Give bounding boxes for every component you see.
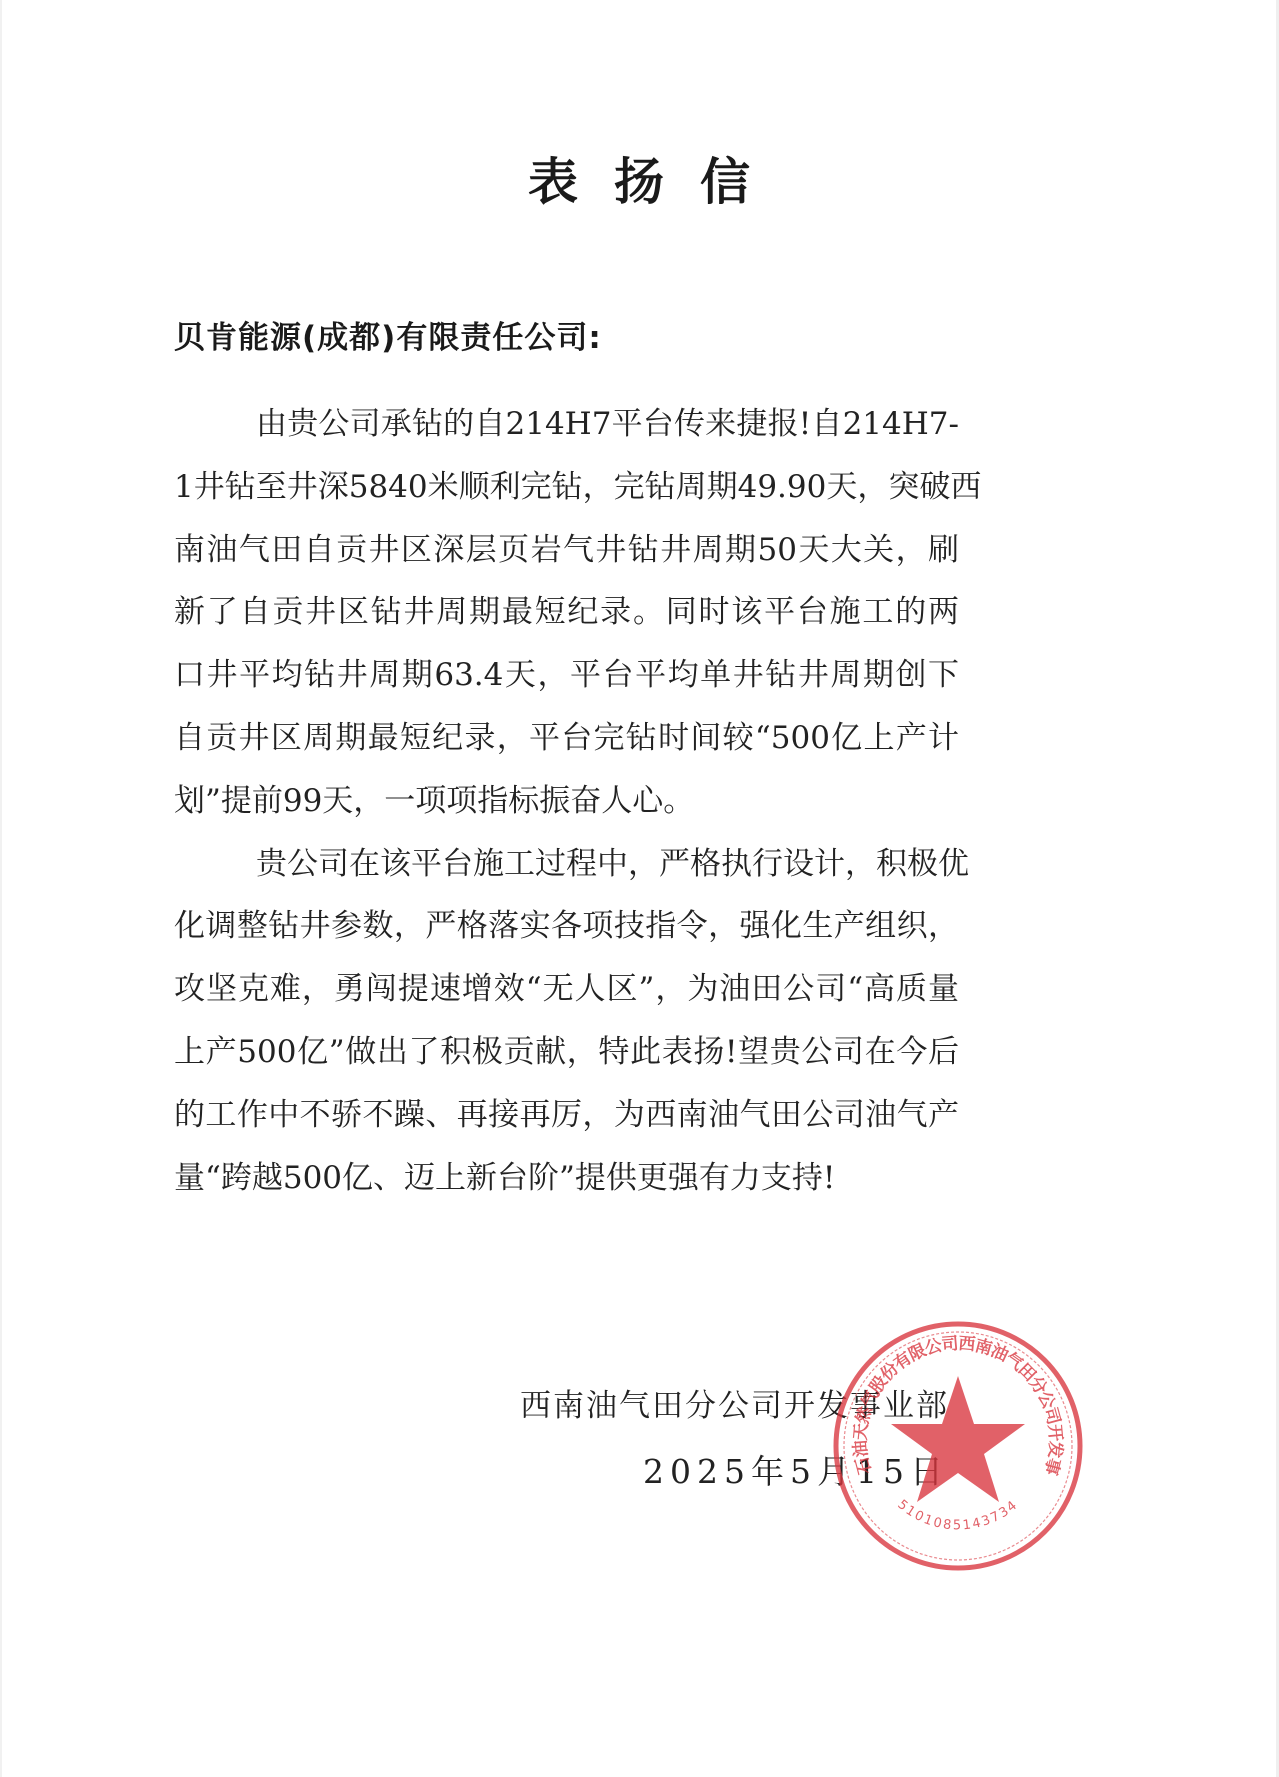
- paragraph-2: 贵公司在该平台施工过程中，严格执行设计，积极优 化调整钻井参数，严格落实各项技指…: [174, 833, 959, 1210]
- body-line: 攻坚克难，勇闯提速增效“无人区”，为油田公司“高质量: [174, 958, 959, 1021]
- signature-date: 2025年5月15日: [520, 1452, 949, 1492]
- body-line: 划”提前99天，一项项指标振奋人心。: [174, 770, 959, 833]
- body-line: 口井平均钻井周期63.4天，平台平均单井钻井周期创下: [174, 644, 959, 707]
- body-line: 新了自贡井区钻井周期最短纪录。同时该平台施工的两: [174, 581, 959, 644]
- signature-block: 西南油气田分公司开发事业部 2025年5月15日: [520, 1386, 949, 1492]
- body-line: 自贡井区周期最短纪录，平台完钻时间较“500亿上产计: [174, 707, 959, 770]
- svg-text:5101085143734: 5101085143734: [894, 1497, 1021, 1533]
- body-line: 由贵公司承钻的自214H7平台传来捷报!自214H7-: [174, 393, 959, 456]
- body-line: 化调整钻井参数，严格落实各项技指令，强化生产组织，: [174, 895, 959, 958]
- body-line: 1井钻至井深5840米顺利完钻，完钻周期49.90天，突破西: [174, 456, 959, 519]
- body-line: 南油气田自贡井区深层页岩气井钻井周期50天大关，刷: [174, 519, 959, 582]
- letter-title: 表扬信: [2, 152, 1276, 212]
- letter-salutation: 贝肯能源(成都)有限责任公司:: [174, 318, 602, 358]
- seal-number: 5101085143734: [894, 1497, 1021, 1533]
- body-line: 的工作中不骄不躁、再接再厉，为西南油气田公司油气产: [174, 1084, 959, 1147]
- body-line: 量“跨越500亿、迈上新台阶”提供更强有力支持!: [174, 1147, 959, 1210]
- letter-page: 表扬信 贝肯能源(成都)有限责任公司: 由贵公司承钻的自214H7平台传来捷报!…: [0, 0, 1279, 1777]
- body-line: 贵公司在该平台施工过程中，严格执行设计，积极优: [174, 833, 959, 896]
- paragraph-1: 由贵公司承钻的自214H7平台传来捷报!自214H7- 1井钻至井深5840米顺…: [174, 393, 959, 833]
- signature-organization: 西南油气田分公司开发事业部: [520, 1386, 949, 1426]
- letter-body: 由贵公司承钻的自214H7平台传来捷报!自214H7- 1井钻至井深5840米顺…: [174, 393, 959, 1209]
- body-line: 上产500亿”做出了积极贡献，特此表扬!望贵公司在今后: [174, 1021, 959, 1084]
